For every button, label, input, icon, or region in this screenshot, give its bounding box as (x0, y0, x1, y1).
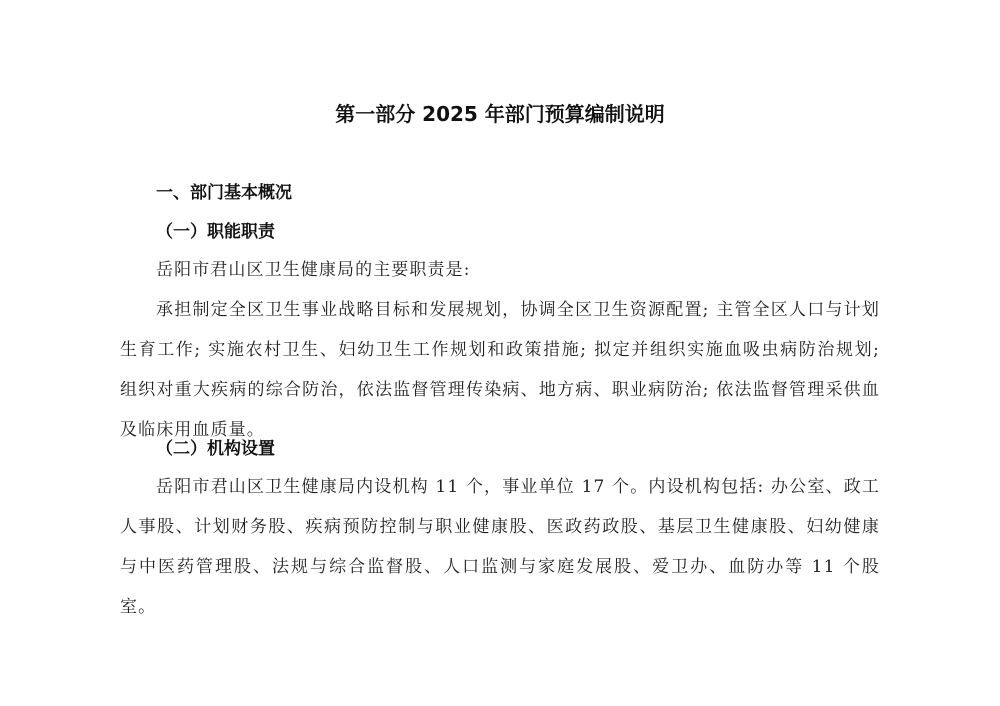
duties-intro-paragraph: 岳阳市君山区卫生健康局的主要职责是: (120, 250, 880, 290)
organization-body-paragraph: 岳阳市君山区卫生健康局内设机构 11 个，事业单位 17 个。内设机构包括: 办… (120, 467, 880, 627)
section-heading-overview: 一、部门基本概况 (156, 178, 292, 203)
duties-body-paragraph: 承担制定全区卫生事业战略目标和发展规划，协调全区卫生资源配置; 主管全区人口与计… (120, 290, 880, 450)
subsection-heading-organization: （二）机构设置 (156, 434, 275, 459)
page-title: 第一部分 2025 年部门预算编制说明 (0, 98, 1000, 127)
subsection-heading-duties: （一）职能职责 (156, 217, 275, 242)
document-page: 第一部分 2025 年部门预算编制说明 一、部门基本概况 （一）职能职责 岳阳市… (0, 0, 1000, 706)
